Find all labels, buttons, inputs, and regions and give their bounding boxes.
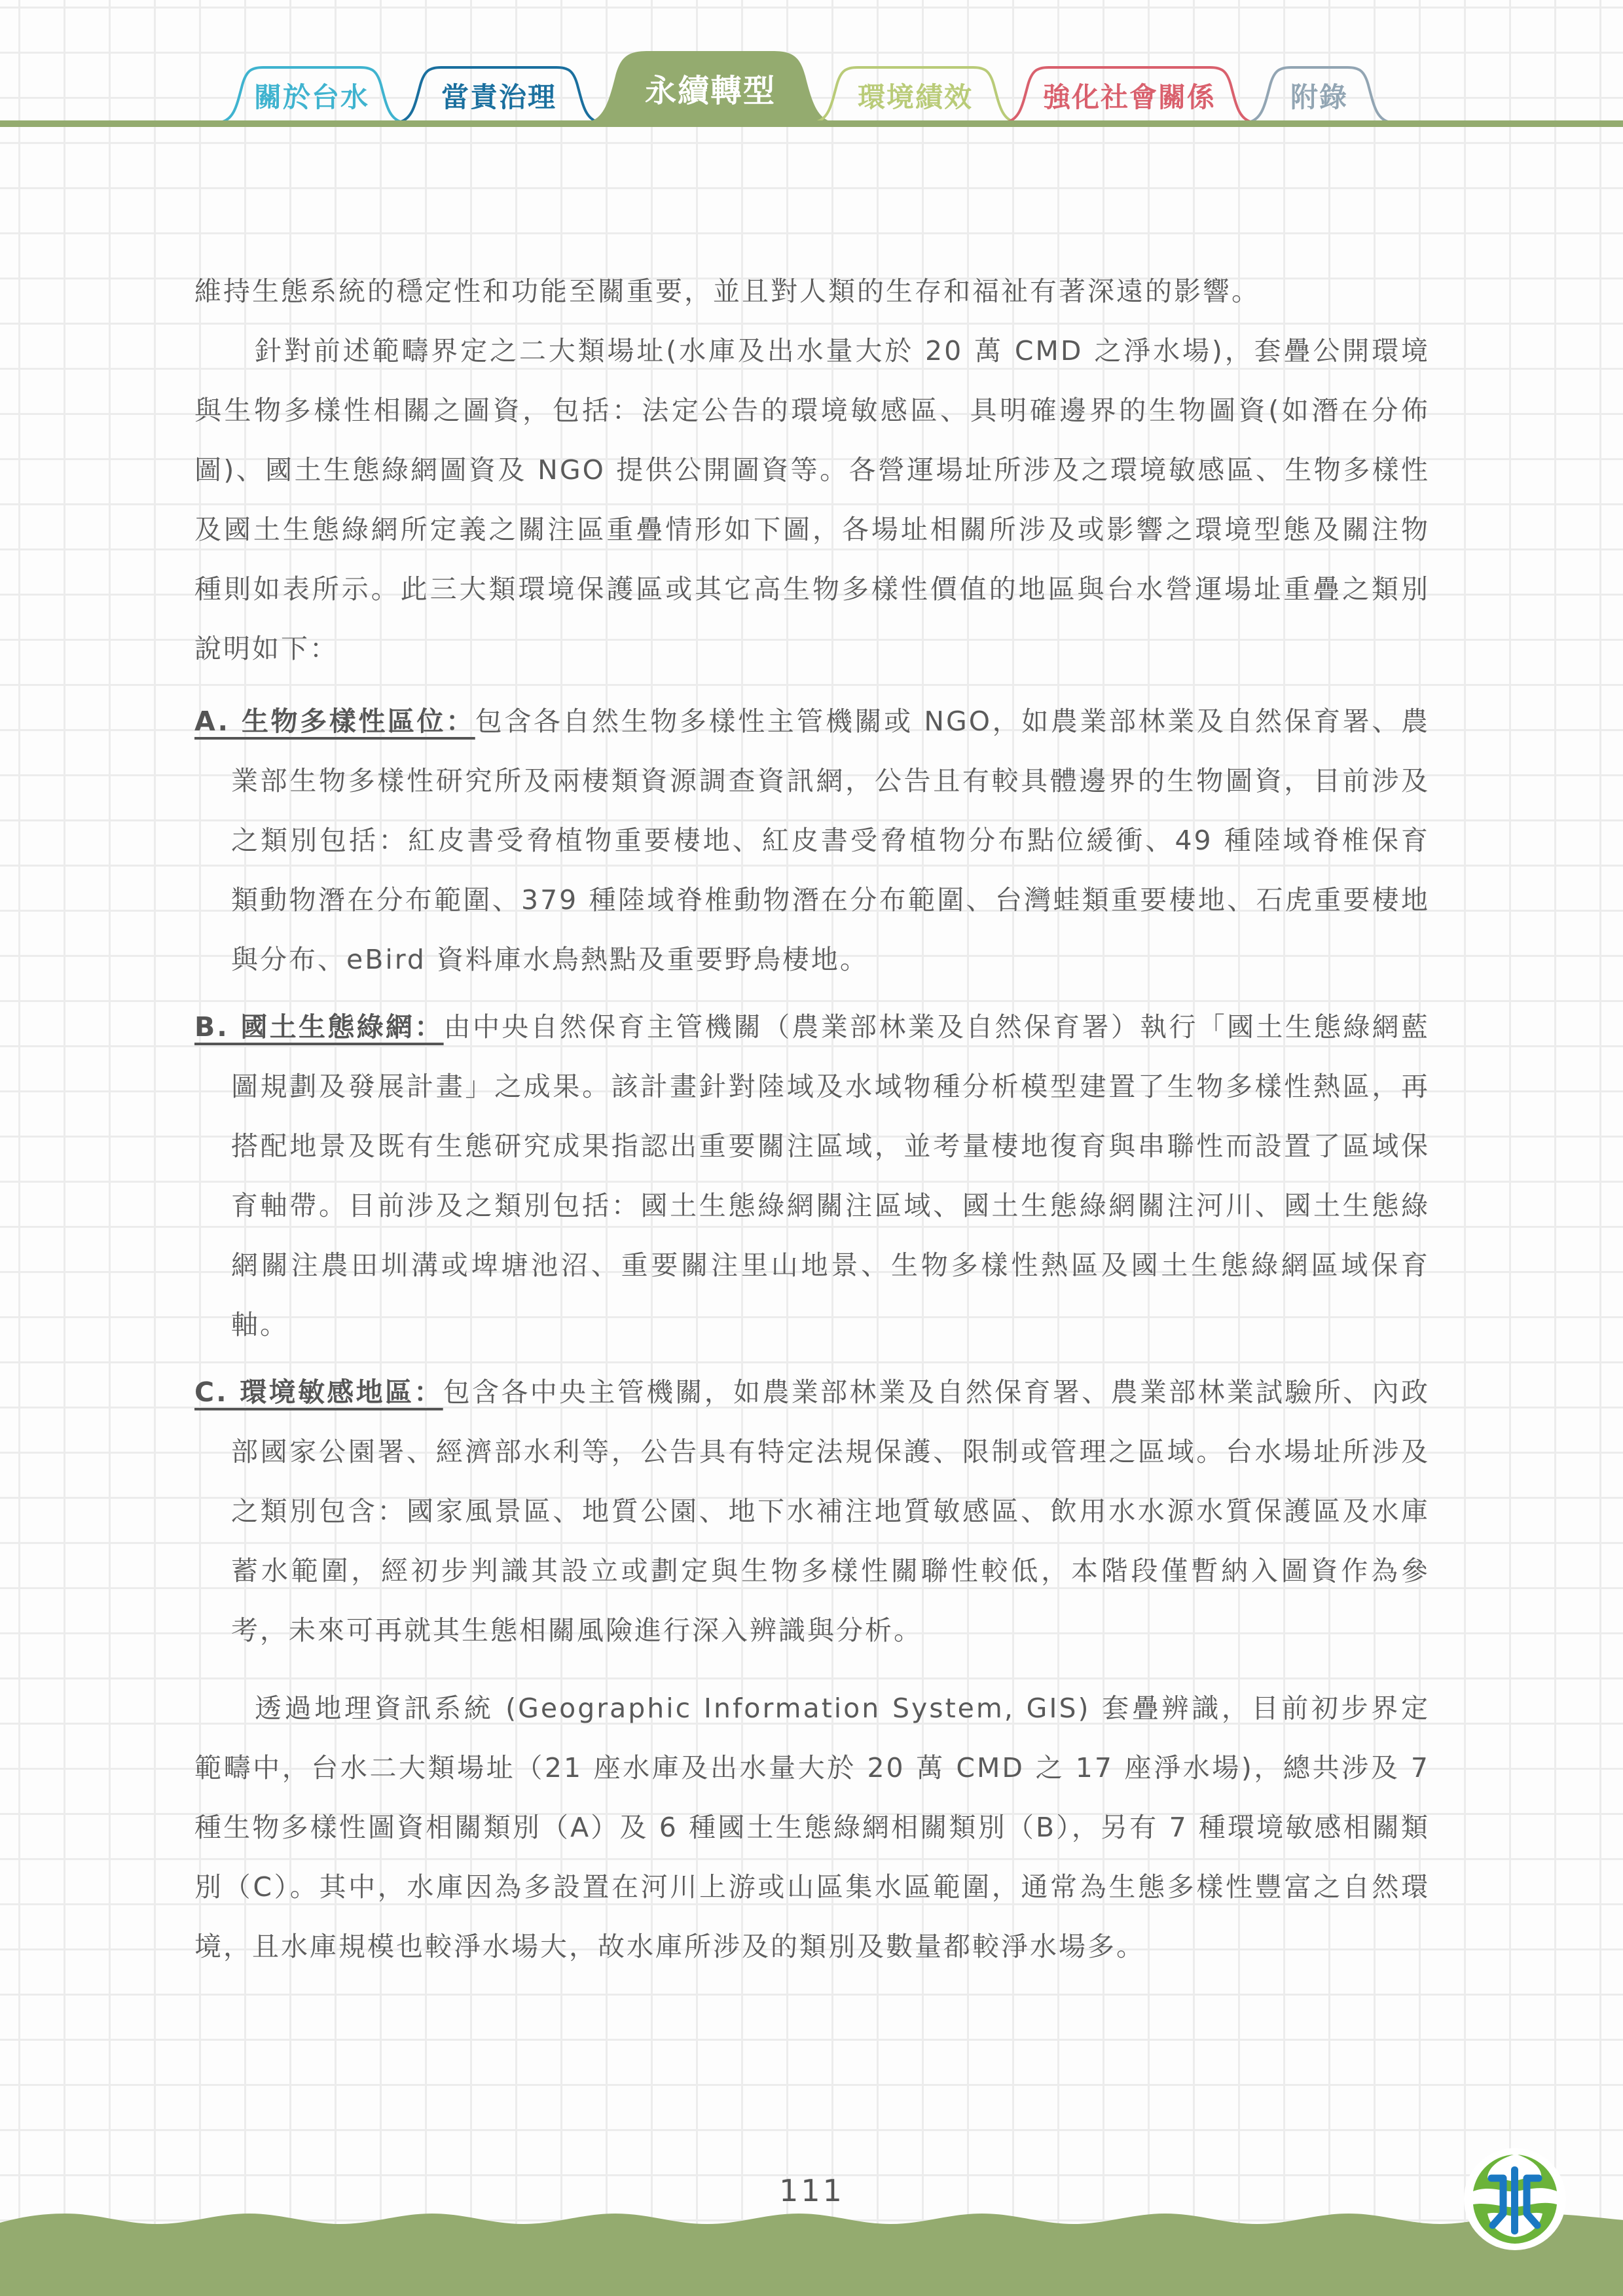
page-number: 111 (779, 2173, 845, 2208)
list-item-biodiversity-zones: A. 生物多樣性區位：包含各自然生物多樣性主管機關或 NGO，如農業部林業及自然… (194, 692, 1430, 990)
paragraph-overlay-method: 針對前述範疇界定之二大類場址(水庫及出水量大於 20 萬 CMD 之淨水場)，套… (194, 321, 1430, 679)
tab-label: 永續轉型 (645, 62, 776, 111)
tab-label: 當責治理 (441, 72, 556, 115)
tab-label: 關於台水 (254, 72, 369, 115)
main-content: 維持生態系統的穩定性和功能至關重要，並且對人類的生存和福祉有著深遠的影響。 針對… (194, 262, 1430, 1977)
tab-label: 環境績效 (858, 72, 973, 115)
tab-social-relations[interactable]: 強化社會關係 (1008, 65, 1250, 122)
tab-label: 附錄 (1290, 72, 1348, 115)
tab-label: 強化社會關係 (1043, 72, 1216, 115)
item-text: 由中央自然保育主管機關（農業部林業及自然保育署）執行「國土生態綠網藍圖規劃及發展… (231, 1011, 1430, 1340)
taiwan-water-logo (1464, 2148, 1566, 2250)
item-title: A. 生物多樣性區位： (194, 706, 475, 737)
chapter-nav: 關於台水 當責治理 永續轉型 環境績效 強化社會關係 附錄 (0, 0, 1623, 131)
tab-sustainability-transformation[interactable]: 永續轉型 (589, 50, 831, 122)
paragraph-intro-continuation: 維持生態系統的穩定性和功能至關重要，並且對人類的生存和福祉有著深遠的影響。 (194, 262, 1430, 321)
tab-appendix[interactable]: 附錄 (1250, 65, 1388, 122)
item-text: 包含各中央主管機關，如農業部林業及自然保育署、農業部林業試驗所、內政部國家公園署… (231, 1376, 1430, 1646)
item-title: B. 國土生態綠網： (194, 1011, 444, 1043)
header-divider-bar (0, 120, 1623, 127)
tab-about[interactable]: 關於台水 (223, 65, 401, 122)
paragraph-gis-summary: 透過地理資訊系統 (Geographic Information System,… (194, 1679, 1430, 1977)
list-item-sensitive-areas: C. 環境敏感地區：包含各中央主管機關，如農業部林業及自然保育署、農業部林業試驗… (194, 1363, 1430, 1660)
list-item-ecological-network: B. 國土生態綠網：由中央自然保育主管機關（農業部林業及自然保育署）執行「國土生… (194, 997, 1430, 1355)
tab-governance[interactable]: 當責治理 (401, 65, 597, 122)
item-text: 包含各自然生物多樣性主管機關或 NGO，如農業部林業及自然保育署、農業部生物多樣… (231, 706, 1430, 975)
item-title: C. 環境敏感地區： (194, 1376, 443, 1408)
tab-environmental-performance[interactable]: 環境績效 (817, 65, 1013, 122)
footer-wave-decoration (0, 2206, 1623, 2296)
